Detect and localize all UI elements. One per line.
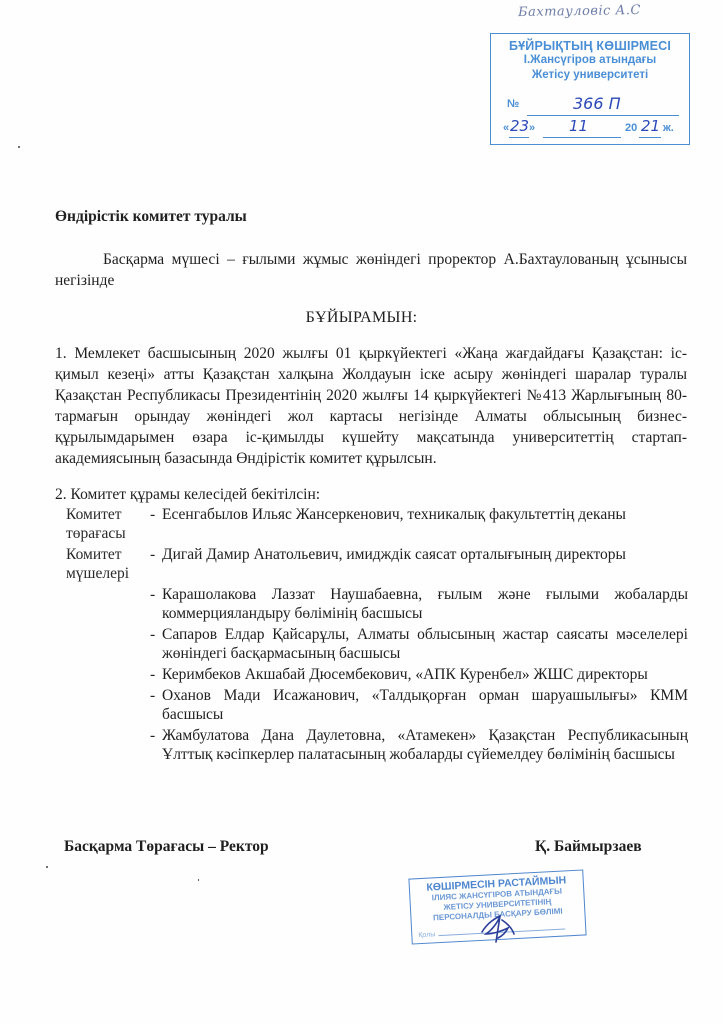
list-dash: - <box>150 665 162 684</box>
signature-position: Басқарма Төрағасы – Ректор <box>64 838 269 856</box>
list-dash: - <box>150 545 162 583</box>
stamp-number-value: 366 П <box>573 94 621 113</box>
date-year-prefix: 20 <box>625 122 637 134</box>
stamp-number-row: № 366 П <box>507 98 683 116</box>
signature-name: Қ. Баймырзаев <box>535 838 642 856</box>
date-month: 11 <box>569 117 588 135</box>
stamp-line-university: Жетісу университеті <box>491 68 689 83</box>
document-subject: Өндірістік комитет туралы <box>55 208 247 226</box>
order-point-2: 2. Комитет құрамы келесідей бекітілсін: <box>55 484 687 505</box>
list-dash: - <box>150 585 162 623</box>
date-year-suffix: 21 <box>641 117 660 135</box>
list-dash: - <box>150 505 162 543</box>
stamp-signature-label: Қолы <box>418 931 435 939</box>
committee-row: - Сапаров Елдар Қайсарұлы, Алматы облысы… <box>66 625 688 663</box>
committee-row: - Керимбеков Акшабай Дюсембекович, «АПК … <box>66 665 688 684</box>
committee-list: Комитет төрағасы - Есенгабылов Ильяс Жан… <box>66 505 688 766</box>
committee-row: - Жамбулатова Дана Даулетовна, «Атамекен… <box>66 726 688 764</box>
stamp-number-underline <box>527 115 679 116</box>
committee-member: Есенгабылов Ильяс Жансеркенович, техника… <box>162 505 688 543</box>
order-point-1: 1. Мемлекет басшысының 2020 жылғы 01 қыр… <box>55 343 687 469</box>
date-close-quote: » <box>529 122 535 134</box>
stamp-title: БҰЙРЫҚТЫҢ КӨШІРМЕСІ <box>491 39 689 53</box>
committee-role <box>66 585 150 623</box>
scan-speck <box>198 879 199 881</box>
committee-member: Дигай Дамир Анатольевич, имидждік саясат… <box>162 545 688 583</box>
intro-paragraph: Басқарма мүшесі – ғылыми жұмыс жөніндегі… <box>55 249 687 291</box>
scan-speck <box>46 866 48 868</box>
committee-member: Жамбулатова Дана Даулетовна, «Атамекен» … <box>162 726 688 764</box>
committee-member: Оханов Мади Исажанович, «Талдықорған орм… <box>162 686 688 724</box>
stamp-line-university-name: І.Жансүгіров атындағы <box>491 53 689 68</box>
date-day: 23 <box>510 117 529 135</box>
committee-role: Комитет мүшелері <box>66 545 150 583</box>
committee-row: Комитет төрағасы - Есенгабылов Ильяс Жан… <box>66 505 688 543</box>
committee-member: Сапаров Елдар Қайсарұлы, Алматы облысыны… <box>162 625 688 663</box>
committee-row: Комитет мүшелері - Дигай Дамир Анатольев… <box>66 545 688 583</box>
date-day-underline <box>509 137 529 138</box>
committee-role <box>66 665 150 684</box>
handwritten-signature-icon <box>478 908 518 944</box>
committee-role <box>66 726 150 764</box>
committee-row: - Карашолакова Лаззат Наушабаевна, ғылым… <box>66 585 688 623</box>
scan-speck <box>18 146 20 148</box>
date-year-underline <box>639 137 661 138</box>
committee-member: Карашолакова Лаззат Наушабаевна, ғылым ж… <box>162 585 688 623</box>
order-title: БҰЙЫРАМЫН: <box>0 309 723 327</box>
committee-role <box>66 686 150 724</box>
committee-role: Комитет төрағасы <box>66 505 150 543</box>
date-month-underline <box>543 137 621 138</box>
date-year-label: ж. <box>663 122 674 134</box>
list-dash: - <box>150 686 162 724</box>
handwritten-note: Бахтауловіс А.С <box>518 3 641 20</box>
committee-member: Керимбеков Акшабай Дюсембекович, «АПК Ку… <box>162 665 688 684</box>
list-dash: - <box>150 625 162 663</box>
stamp-date-row: « 23 » 11 20 21 ж. <box>503 120 685 138</box>
copy-stamp: БҰЙРЫҚТЫҢ КӨШІРМЕСІ І.Жансүгіров атындағ… <box>490 33 690 145</box>
committee-role <box>66 625 150 663</box>
committee-row: - Оханов Мади Исажанович, «Талдықорған о… <box>66 686 688 724</box>
stamp-number-label: № <box>507 98 519 110</box>
document-page: Бахтауловіс А.С БҰЙРЫҚТЫҢ КӨШІРМЕСІ І.Жа… <box>0 0 723 1024</box>
date-open-quote: « <box>503 122 509 134</box>
list-dash: - <box>150 726 162 764</box>
